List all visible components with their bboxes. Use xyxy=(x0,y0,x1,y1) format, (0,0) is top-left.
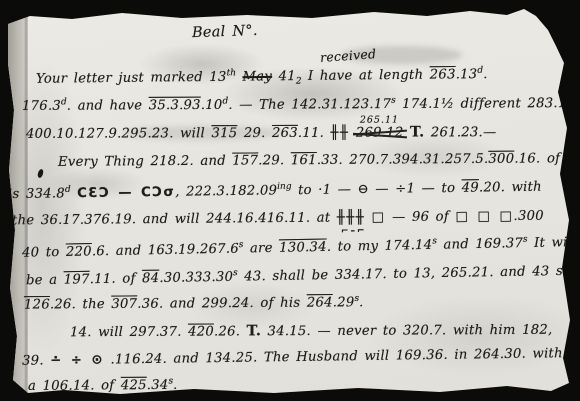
handwritten-text: Your letter just marked 13 xyxy=(36,70,227,87)
superscript: ing xyxy=(277,182,292,192)
handwritten-text: to ·1 — ⊖ — ÷1 — to xyxy=(292,181,462,198)
handwritten-text: .26. the xyxy=(50,297,112,312)
handwritten-text: 41 xyxy=(272,69,296,84)
handwritten-text: .20. with xyxy=(479,180,542,196)
overlined-number: 425 xyxy=(121,378,147,393)
handwritten-text: .10 xyxy=(201,98,223,113)
handwritten-text: . xyxy=(173,378,178,393)
handwritten-text: , 222.3.182.09 xyxy=(175,183,277,199)
handwritten-text: .116.24. and 134.25. The Husband will 16… xyxy=(104,346,563,367)
manuscript-line-4: Every Thing 218.2. and 157.29. 161.33. 2… xyxy=(58,151,580,170)
handwritten-text: .16. of xyxy=(514,151,566,166)
handwritten-text: be a xyxy=(26,273,64,289)
handwritten-text: .26. xyxy=(214,324,247,339)
superscript: d xyxy=(65,185,71,195)
handwritten-text: 39. xyxy=(22,353,50,368)
handwritten-text: the 36.17.376.19. and will 244.16.416.11… xyxy=(12,210,337,228)
handwritten-text: .11. of xyxy=(90,271,143,287)
handwritten-text: .33. 270.7.394.31.257.5. xyxy=(317,152,489,168)
handwritten-text: It will xyxy=(528,235,577,251)
ink-blot xyxy=(37,168,45,178)
overlined-number: 263 xyxy=(430,67,456,82)
handwritten-text: T. xyxy=(410,123,425,140)
cipher-symbol: □ □ □ xyxy=(455,209,513,225)
handwritten-text: 43. shall be 334.17. to 13, 265.21. and … xyxy=(238,263,580,284)
handwritten-text: .29. xyxy=(258,153,291,168)
handwritten-text: 261.23.— xyxy=(424,125,496,140)
handwritten-text: 176.3 xyxy=(22,99,61,114)
handwritten-text: . and have xyxy=(67,98,149,113)
cipher-symbol: ╫╫ xyxy=(330,126,349,141)
manuscript-line-5: is 334.8d CƐƆ — CƆσ, 222.3.182.09ing to … xyxy=(8,178,542,202)
overlined-number: 264 xyxy=(307,295,333,310)
handwritten-text: . xyxy=(483,67,488,82)
handwritten-text: .34 xyxy=(147,378,169,393)
inserted-mark: ⌐–⌐ xyxy=(341,226,367,236)
superscript: s xyxy=(575,95,580,105)
cipher-symbol: ∸ ÷ ⊙ xyxy=(50,353,104,369)
manuscript-line-1: Your letter just marked 13th May 412 I h… xyxy=(36,66,488,90)
inserted-correction: 265.11 xyxy=(360,115,399,126)
handwritten-text: . — The 142.31.123.17 xyxy=(228,97,391,113)
handwritten-text: . to my 174.14 xyxy=(327,238,433,255)
manuscript-line-9: 126.26. the 307.36. and 299.24. of his 2… xyxy=(24,294,364,313)
handwritten-text: — 96 of xyxy=(386,209,456,225)
overlined-number: 307 xyxy=(111,297,137,312)
handwritten-text: .30.333.30 xyxy=(159,270,233,286)
handwritten-text: 14. will 297.37. xyxy=(70,325,188,341)
overlined-number: 420 xyxy=(188,325,214,340)
cipher-symbol: □ xyxy=(567,151,580,166)
overlined-number: 300 xyxy=(488,152,514,167)
handwritten-text: 40 to xyxy=(22,245,66,261)
overlined-number: 130.34 xyxy=(279,240,327,256)
manuscript-line-6: the 36.17.376.19. and will 244.16.416.11… xyxy=(12,209,544,229)
cipher-symbol: CƐƆ — CƆσ xyxy=(77,185,175,201)
handwritten-text: 29. xyxy=(237,126,272,141)
overlined-number: 157 xyxy=(232,153,258,168)
manuscript-line-2: 176.3d. and have 35.3.93.10d. — The 142.… xyxy=(22,94,580,113)
handwritten-text: .300 xyxy=(513,209,544,224)
manuscript-line-10: 14. will 297.37. 420.26. T. 34.15. — nev… xyxy=(70,321,553,341)
handwritten-text: is 334.8 xyxy=(8,186,65,202)
overlined-number: 315 xyxy=(211,126,237,141)
handwritten-text: are xyxy=(243,241,279,257)
overlined-number: 161 xyxy=(291,153,317,168)
overlined-number: 126 xyxy=(24,297,50,312)
handwritten-text: . xyxy=(359,295,364,310)
handwritten-text: .29 xyxy=(333,295,355,310)
overlined-number: 49 xyxy=(462,181,479,196)
overlined-number: 220 xyxy=(66,244,92,259)
handwritten-text: 400.10.127.9.295.23. will xyxy=(26,126,212,142)
overlined-number: 263 xyxy=(272,126,298,141)
struck-word: May xyxy=(242,69,272,84)
manuscript-line-3: 400.10.127.9.295.23. will 315 29. 263.11… xyxy=(26,123,496,142)
handwritten-text: T. xyxy=(247,322,262,339)
handwritten-text: 34.15. — never to 320.7. with him 182, xyxy=(261,323,552,340)
struck-out-number: 269.12265.11 xyxy=(356,126,404,141)
document-photo: Beal N°. received Your letter just marke… xyxy=(0,0,580,401)
superscript: th xyxy=(227,68,237,78)
handwritten-text: .11. xyxy=(298,126,331,141)
manuscript-page: Beal N°. received Your letter just marke… xyxy=(2,6,573,395)
overlined-number: 84 xyxy=(142,271,160,286)
manuscript-line-12: a 106.14. of 425.34s. xyxy=(28,376,178,393)
handwritten-text: .36. and 299.24. of his xyxy=(137,296,307,312)
cipher-symbol: ╫╫╫⌐–⌐ xyxy=(337,210,365,225)
cipher-symbol: □ xyxy=(372,210,386,225)
handwritten-text: .6. and 163.19.267.6 xyxy=(92,242,239,260)
handwritten-text: 174.1½ different 283.12 xyxy=(396,96,575,112)
manuscript-line-8: be a 197.11. of 84.30.333.30s 43. shall … xyxy=(26,262,580,288)
manuscript-line-11: 39. ∸ ÷ ⊙ .116.24. and 134.25. The Husba… xyxy=(22,346,563,369)
overlined-number: 35.3.93 xyxy=(149,98,201,113)
handwritten-text: Every Thing 218.2. and xyxy=(58,154,232,170)
overlined-number: 197 xyxy=(64,272,90,287)
handwritten-text: a 106.14. of xyxy=(28,378,121,394)
handwritten-text: .13 xyxy=(456,67,478,82)
handwritten-text: I have at length xyxy=(301,68,429,84)
docket-title: Beal N°. xyxy=(192,23,258,41)
manuscript-line-7: 40 to 220.6. and 163.19.267.6s are 130.3… xyxy=(22,234,577,261)
handwritten-text: and 169.37 xyxy=(437,236,523,253)
